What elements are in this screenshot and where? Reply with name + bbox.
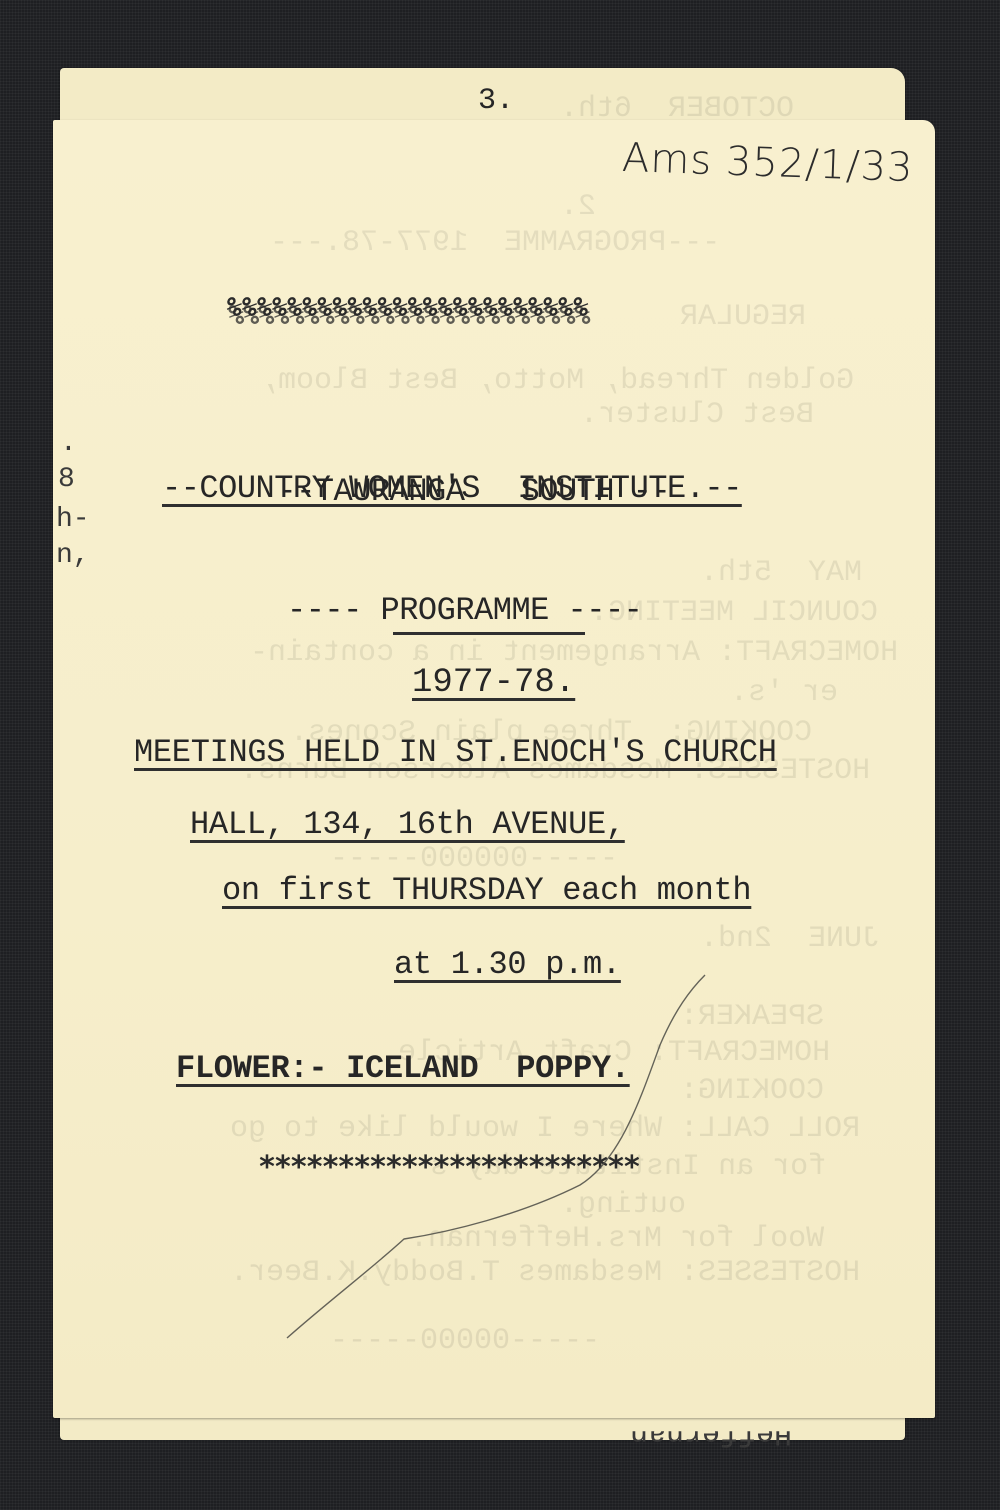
pencil-mark bbox=[0, 0, 1000, 1510]
